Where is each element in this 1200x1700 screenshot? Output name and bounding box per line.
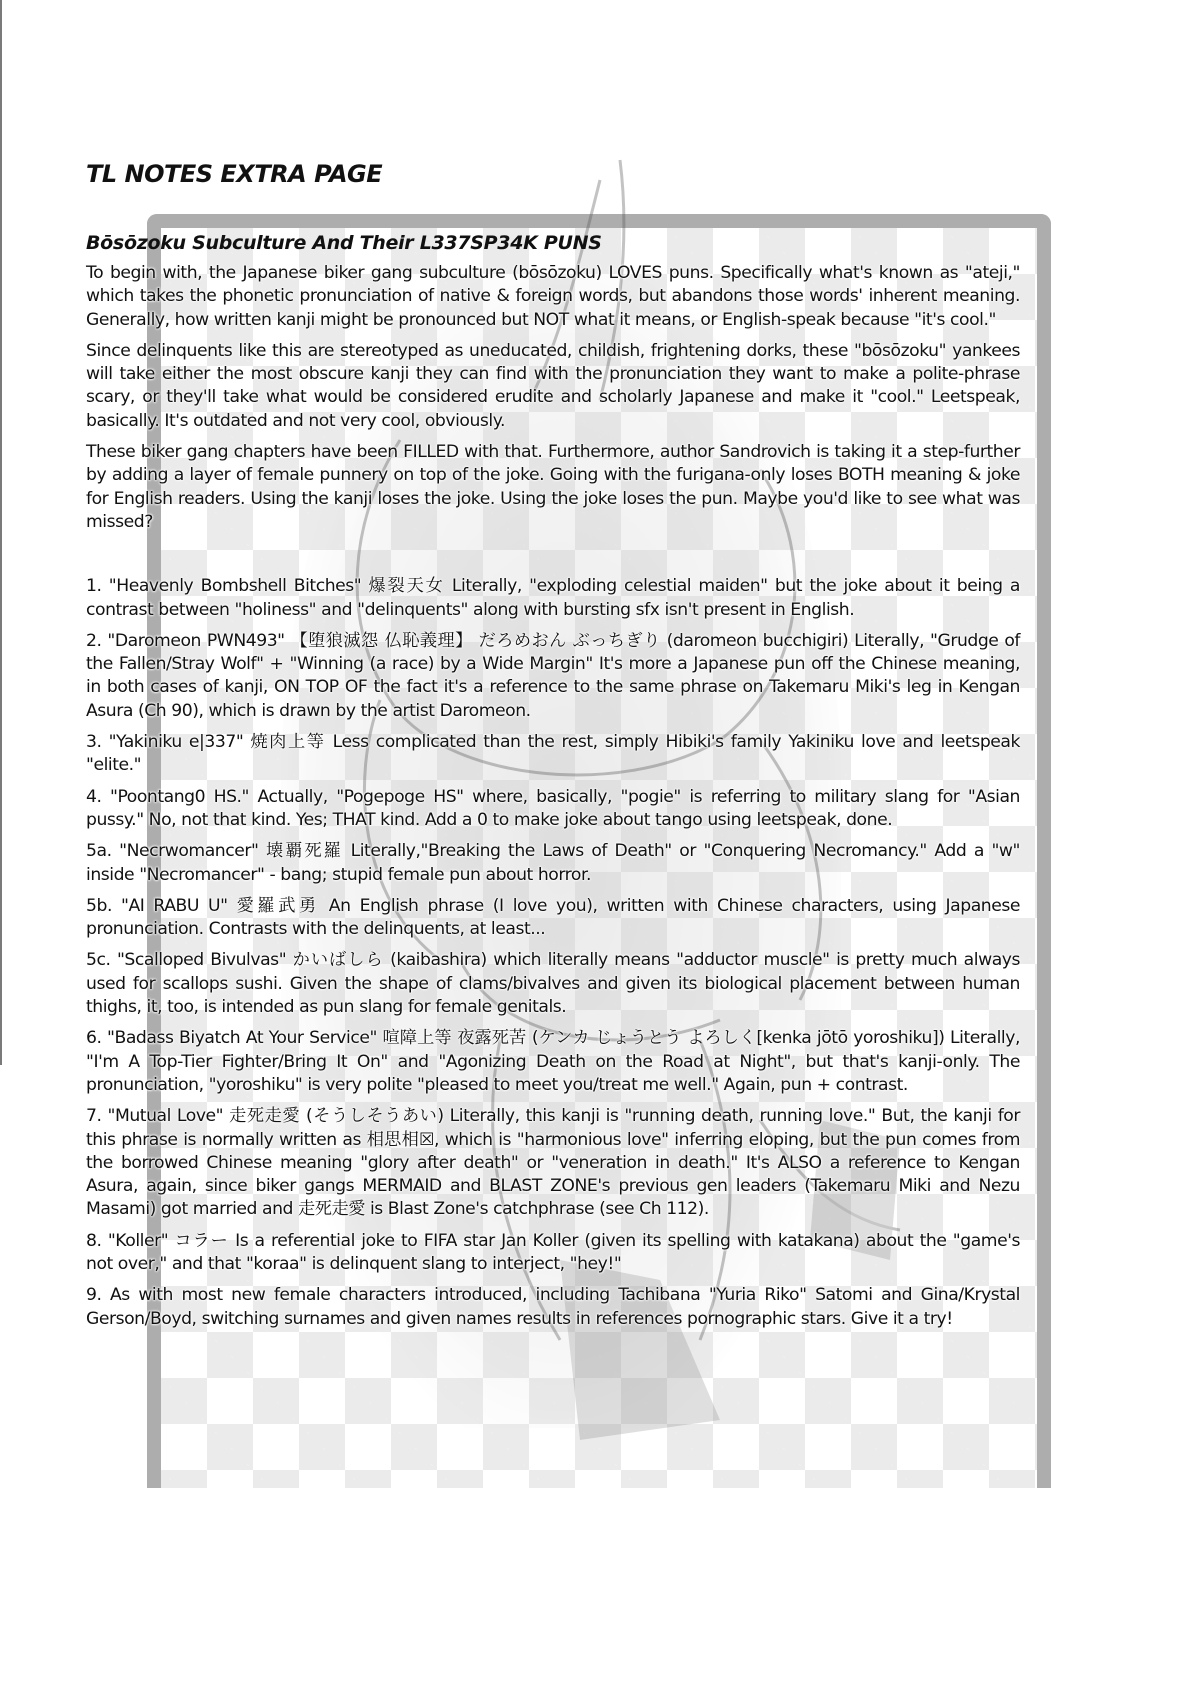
note-item-5b: 5b. "AI RABU U" 愛羅武勇 An English phrase (… [86, 895, 1020, 942]
note-item-5c: 5c. "Scalloped Bivulvas" かいばしら (kaibashi… [86, 949, 1020, 1019]
note-item-6: 6. "Badass Biyatch At Your Service" 喧障上等… [86, 1027, 1020, 1097]
note-item-7: 7. "Mutual Love" 走死走愛 (そうしそうあい) Literall… [86, 1105, 1020, 1221]
note-item-9: 9. As with most new female characters in… [86, 1284, 1020, 1331]
note-item-2: 2. "Daromeon PWN493" 【堕狼滅怨 仏恥義理】 だろめおん ぶ… [86, 630, 1020, 723]
note-item-5a: 5a. "Necrwomancer" 壊覇死羅 Literally,"Break… [86, 840, 1020, 887]
tl-notes-content: TL NOTES EXTRA PAGE Bōsōzoku Subculture … [86, 160, 1020, 1339]
note-item-3: 3. "Yakiniku e|337" 焼肉上等 Less complicate… [86, 731, 1020, 778]
intro-block: To begin with, the Japanese biker gang s… [86, 262, 1020, 534]
intro-paragraph: To begin with, the Japanese biker gang s… [86, 262, 1020, 332]
page-title: TL NOTES EXTRA PAGE [86, 160, 1020, 188]
note-item-4: 4. "Poontang0 HS." Actually, "Pogepoge H… [86, 786, 1020, 833]
section-title: Bōsōzoku Subculture And Their L337SP34K … [86, 232, 1020, 254]
intro-paragraph: These biker gang chapters have been FILL… [86, 441, 1020, 534]
intro-paragraph: Since delinquents like this are stereoty… [86, 340, 1020, 433]
page-edge-rule [0, 0, 2, 1065]
note-item-8: 8. "Koller" コラー Is a referential joke to… [86, 1230, 1020, 1277]
note-item-1: 1. "Heavenly Bombshell Bitches" 爆裂天女 Lit… [86, 575, 1020, 622]
notes-list: 1. "Heavenly Bombshell Bitches" 爆裂天女 Lit… [86, 575, 1020, 1331]
